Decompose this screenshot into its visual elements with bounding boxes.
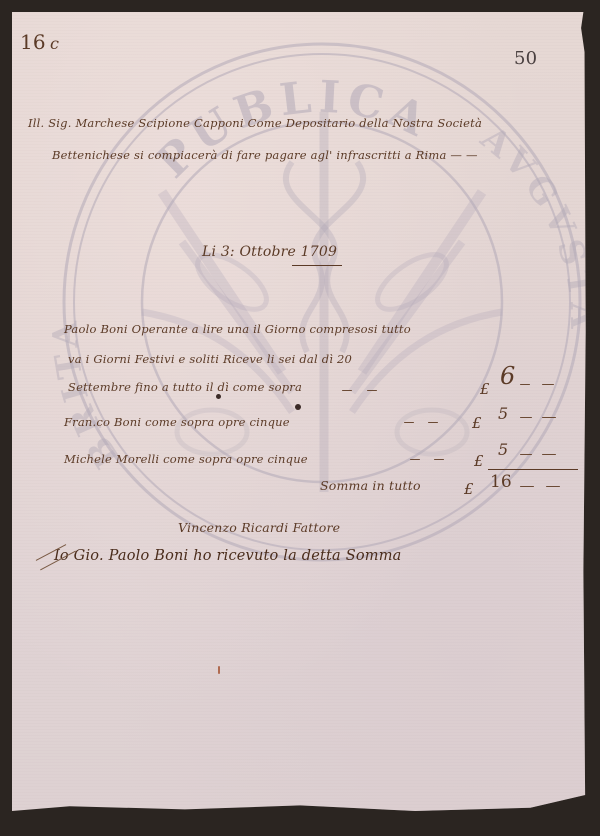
- ledger-name-3: Michele Morelli come sopra opre cinque: [64, 452, 308, 466]
- date-underline: [292, 265, 342, 266]
- heading-line-2: Bettenichese si compiacerà di fare pagar…: [52, 148, 478, 162]
- folio-number-right: 50: [514, 48, 537, 69]
- heading-line-1: Ill. Sig. Marchese Scipione Capponi Come…: [28, 116, 482, 130]
- ledger-name-2: Fran.co Boni come sopra opre cinque: [64, 415, 290, 429]
- body-line-1: Paolo Boni Operante a lire una il Giorno…: [64, 322, 411, 336]
- folio-number-left: 16: [20, 30, 46, 54]
- date-line: Li 3: Ottobre 1709: [202, 244, 337, 260]
- signature-line-1: Vincenzo Ricardi Fattore: [178, 520, 340, 535]
- signature-line-2: Io Gio. Paolo Boni ho ricevuto la detta …: [54, 548, 402, 564]
- paper-fleck: [218, 666, 220, 674]
- ink-spot: [216, 394, 221, 399]
- folio-mark-left: c: [50, 34, 59, 53]
- ledger-currency-1: £: [480, 380, 490, 398]
- total-currency: £: [464, 480, 474, 498]
- ink-spot: [295, 404, 301, 410]
- sum-rule: [488, 469, 578, 470]
- body-line-2: va i Giorni Festivi e soliti Riceve li s…: [68, 352, 352, 366]
- ledger-currency-2: £: [472, 414, 482, 432]
- ledger-amount-3: 5: [498, 440, 508, 459]
- body-line-3: Settembre fino a tutto il dì come sopra: [68, 380, 302, 394]
- document-page: PUBLICA AVGVSTA BRITA 16 c 50 Ill. Sig. …: [12, 12, 588, 811]
- total-amount: 16: [490, 472, 512, 492]
- ledger-amount-2: 5: [498, 404, 508, 423]
- scan-frame: PUBLICA AVGVSTA BRITA 16 c 50 Ill. Sig. …: [0, 0, 600, 836]
- total-label: Somma in tutto: [320, 478, 421, 493]
- ledger-amount-1: 6: [500, 362, 515, 390]
- ledger-currency-3: £: [474, 452, 484, 470]
